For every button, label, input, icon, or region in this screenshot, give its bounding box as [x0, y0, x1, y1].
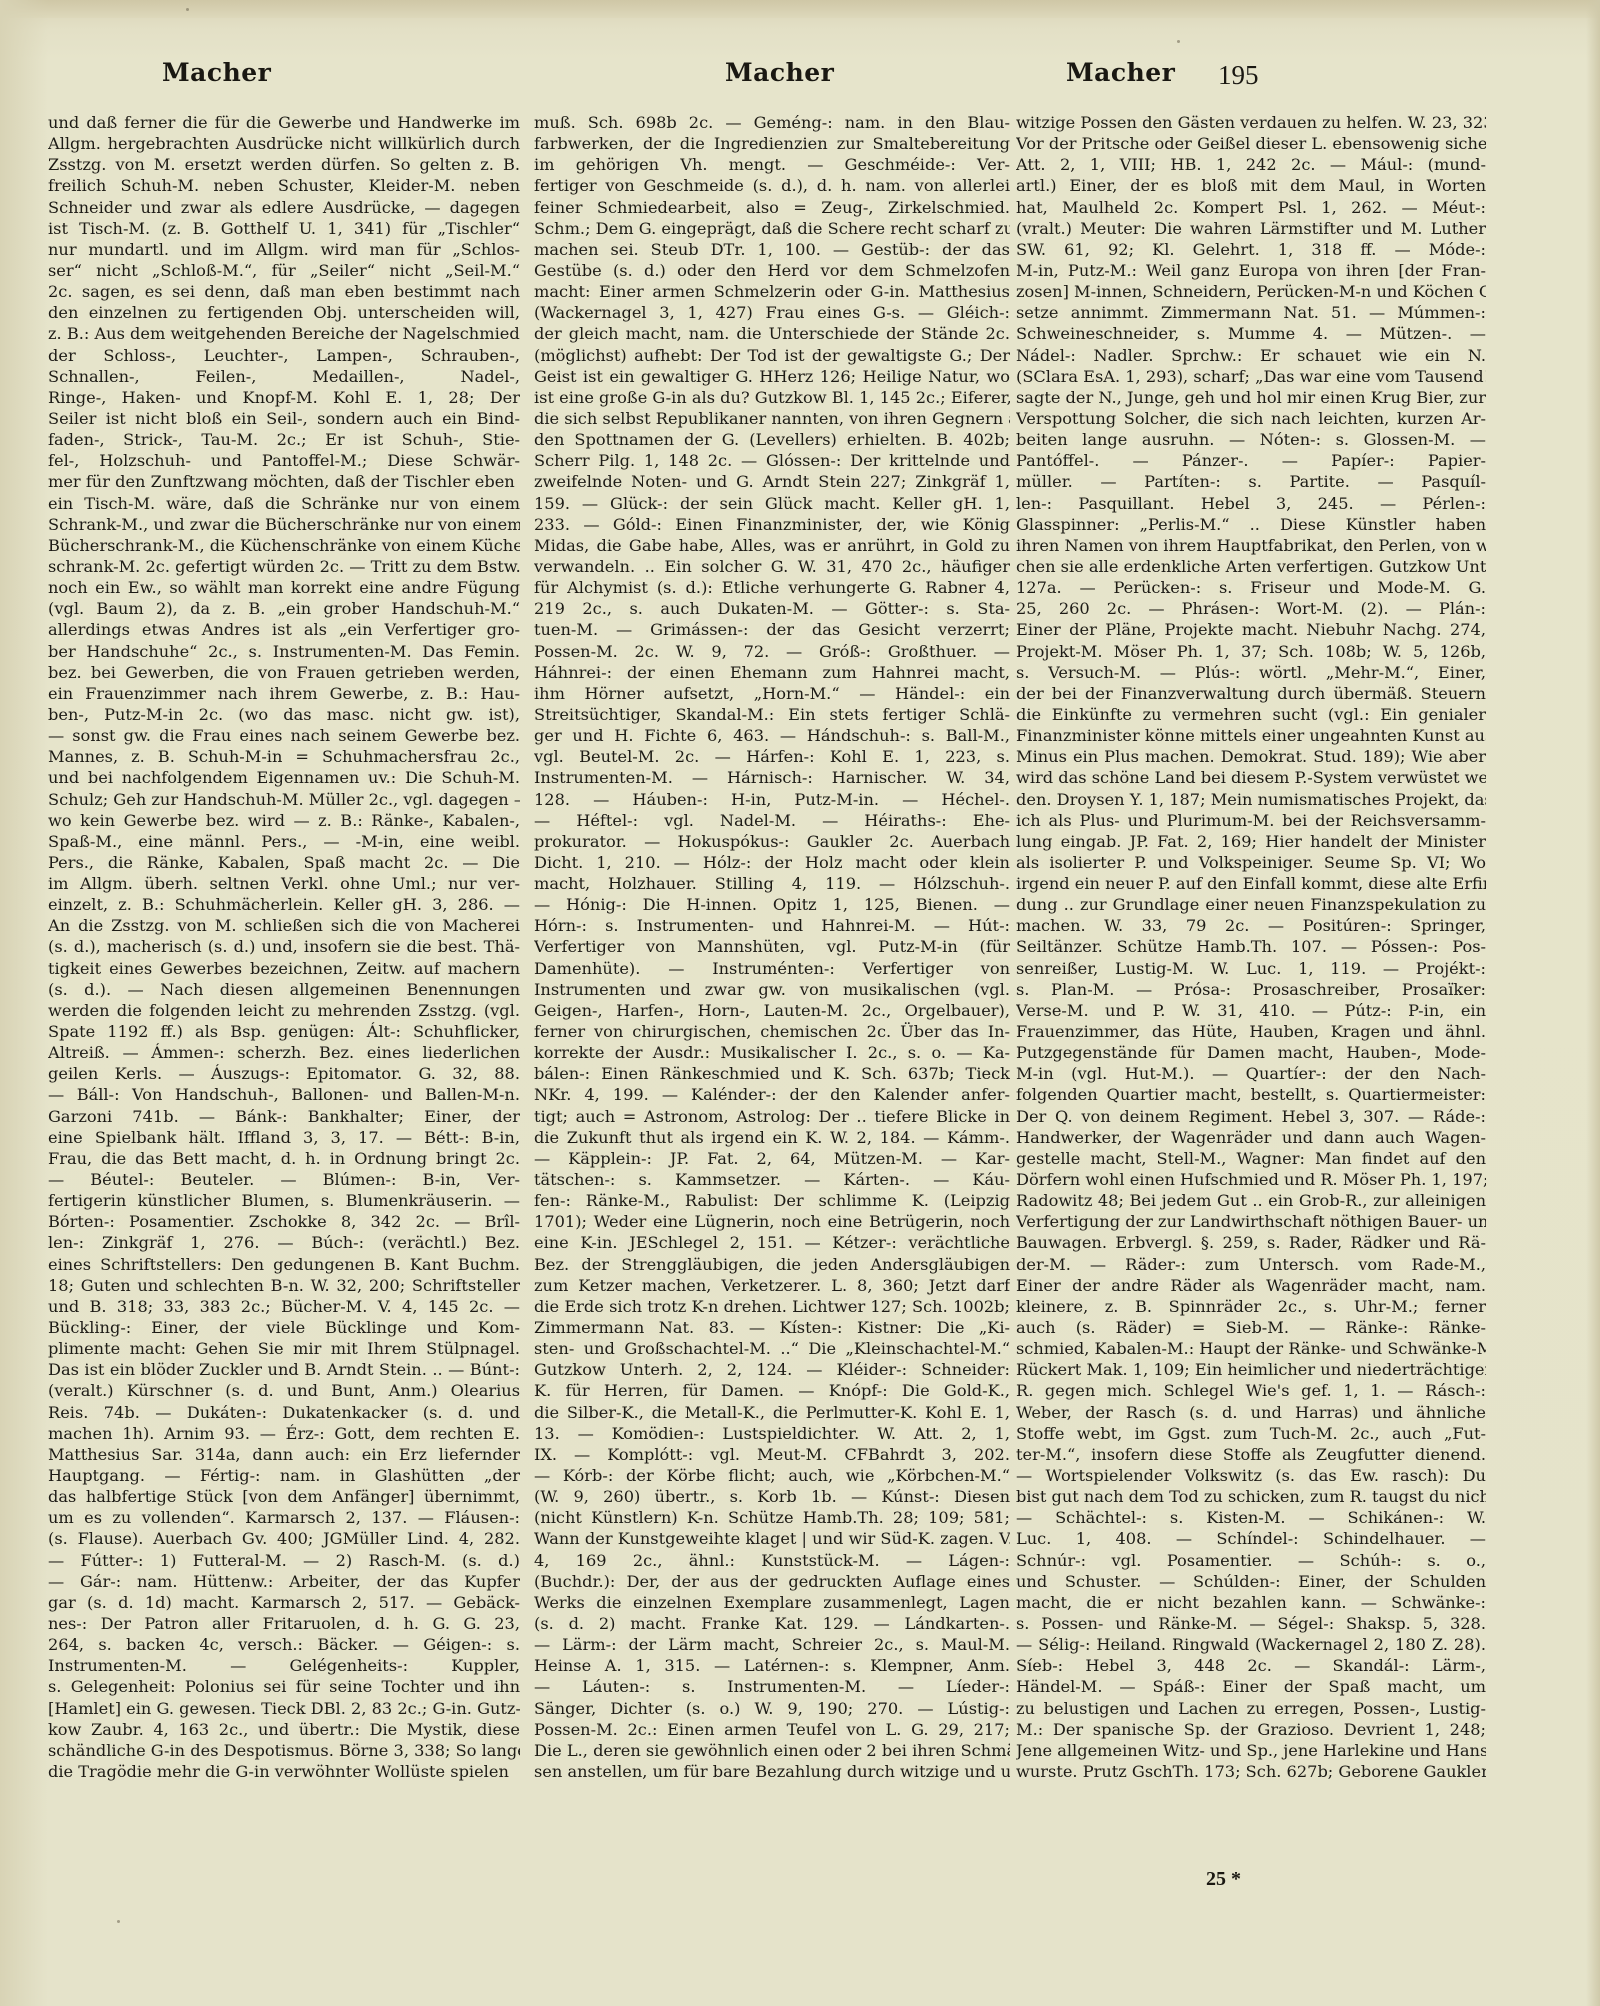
text-line: Hórn-: s. Instrumenten- und Hahnrei-M. —… [534, 915, 1010, 936]
text-line: — Héftel-: vgl. Nadel-M. — Héiraths-: Eh… [534, 810, 1010, 831]
text-line: setze annimmt. Zimmermann Nat. 51. — Múm… [1016, 302, 1486, 323]
text-line: s. Plan-M. — Prósa-: Prosaschreiber, Pro… [1016, 979, 1486, 1000]
text-column-1: und daß ferner die für die Gewerbe und H… [48, 112, 520, 1782]
text-line: die Tragödie mehr die G-in verwöhnter Wo… [48, 1761, 520, 1782]
text-line: 25, 260 2c. — Phrásen-: Wort-M. (2). — P… [1016, 598, 1486, 619]
text-line: schrank-M. 2c. gefertigt würden 2c. — Tr… [48, 556, 520, 577]
text-line: 4, 169 2c., ähnl.: Kunststück-M. — Lágen… [534, 1550, 1010, 1571]
text-line: Gestübe (s. d.) oder den Herd vor dem Sc… [534, 260, 1010, 281]
paper-speck [697, 1748, 700, 1751]
text-line: fel-, Holzschuh- und Pantoffel-M.; Diese… [48, 450, 520, 471]
text-line: Mannes, z. B. Schuh-M-in = Schuhmachersf… [48, 746, 520, 767]
text-line: sagte der N., Junge, geh und hol mir ein… [1016, 387, 1486, 408]
text-line: (möglichst) aufhebt: Der Tod ist der gew… [534, 345, 1010, 366]
text-line: Verspottung Solcher, die sich nach leich… [1016, 408, 1486, 429]
text-line: und bei nachfolgendem Eigennamen uv.: Di… [48, 767, 520, 788]
text-line: NKr. 4, 199. — Kalénder-: der den Kalend… [534, 1084, 1010, 1105]
text-line: 128. — Háuben-: H-in, Putz-M-in. — Héche… [534, 789, 1010, 810]
text-line: im Allgm. überh. seltnen Verkl. ohne Uml… [48, 873, 520, 894]
text-line: ist eine große G-in als du? Gutzkow Bl. … [534, 387, 1010, 408]
text-line: (s. d.). — Nach diesen allgemeinen Benen… [48, 979, 520, 1000]
text-line: s. Gelegenheit: Polonius sei für seine T… [48, 1676, 520, 1697]
text-line: Reis. 74b. — Dukáten-: Dukatenkacker (s.… [48, 1402, 520, 1423]
text-line: s. Possen- und Ränke-M. — Ségel-: Shaksp… [1016, 1613, 1486, 1634]
text-line: muß. Sch. 698b 2c. — Geméng-: nam. in de… [534, 112, 1010, 133]
text-line: macht, die er nicht bezahlen kann. — Sch… [1016, 1592, 1486, 1613]
page-header: Macher Macher Macher 195 [0, 58, 1600, 98]
text-line: 13. — Komödien-: Lustspieldichter. W. At… [534, 1423, 1010, 1444]
text-line: Spaß-M., eine männl. Pers., — -M-in, ein… [48, 831, 520, 852]
text-line: prokurator. — Hokuspókus-: Gaukler 2c. A… [534, 831, 1010, 852]
text-line: (SClara EsA. 1, 293), scharf; „Das war e… [1016, 366, 1486, 387]
text-line: eine K-in. JESchlegel 2, 151. — Kétzer-:… [534, 1232, 1010, 1253]
text-line: Zsstzg. von M. ersetzt werden dürfen. So… [48, 154, 520, 175]
text-line: (Buchdr.): Der, der aus der gedruckten A… [534, 1571, 1010, 1592]
text-line: Luc. 1, 408. — Schíndel-: Schindelhauer.… [1016, 1528, 1486, 1549]
text-line: bist gut nach dem Tod zu schicken, zum R… [1016, 1486, 1486, 1507]
text-line: Schneider und zwar als edlere Ausdrücke,… [48, 197, 520, 218]
text-line: M-in, Putz-M.: Weil ganz Europa von ihre… [1016, 260, 1486, 281]
text-line: 18; Guten und schlechten B-n. W. 32, 200… [48, 1275, 520, 1296]
running-head-right: Macher [1066, 58, 1175, 87]
text-line: — Fútter-: 1) Futteral-M. — 2) Rasch-M. … [48, 1550, 520, 1571]
text-line: Glasspinner: „Perlis-M.“ .. Diese Künstl… [1016, 514, 1486, 535]
text-line: Seiler ist nicht bloß ein Seil-, sondern… [48, 408, 520, 429]
text-line: Frau, die das Bett macht, d. h. in Ordnu… [48, 1148, 520, 1169]
paper-speck [117, 1920, 120, 1923]
text-line: Einer der Pläne, Projekte macht. Niebuhr… [1016, 619, 1486, 640]
page-top-edge [0, 0, 1600, 18]
text-line: eines Schriftstellers: Den gedungenen B.… [48, 1254, 520, 1275]
text-line: ihm Hörner aufsetzt, „Horn-M.“ — Händel-… [534, 683, 1010, 704]
text-line: werden die folgenden leicht zu mehrenden… [48, 1000, 520, 1021]
text-line: Heinse A. 1, 315. — Latérnen-: s. Klempn… [534, 1655, 1010, 1676]
text-line: Rückert Mak. 1, 109; Ein heimlicher und … [1016, 1359, 1486, 1380]
text-line: 219 2c., s. auch Dukaten-M. — Götter-: s… [534, 598, 1010, 619]
text-line: IX. — Komplótt-: vgl. Meut-M. CFBahrdt 3… [534, 1444, 1010, 1465]
text-line: — Sélig-: Heiland. Ringwald (Wackernagel… [1016, 1634, 1486, 1655]
text-line: Radowitz 48; Bei jedem Gut .. ein Grob-R… [1016, 1190, 1486, 1211]
text-line: gestelle macht, Stell-M., Wagner: Man fi… [1016, 1148, 1486, 1169]
paper-speck [186, 8, 189, 11]
text-line: ein Frauenzimmer nach ihrem Gewerbe, z. … [48, 683, 520, 704]
text-line: Vor der Pritsche oder Geißel dieser L. e… [1016, 133, 1486, 154]
text-line: Einer der andre Räder als Wagenräder mac… [1016, 1275, 1486, 1296]
text-line: freilich Schuh-M. neben Schuster, Kleide… [48, 175, 520, 196]
text-line: Händel-M. — Spáß-: Einer der Spaß macht,… [1016, 1676, 1486, 1697]
text-line: Dicht. 1, 210. — Hólz-: der Holz macht o… [534, 852, 1010, 873]
text-line: schmied, Kabalen-M.: Haupt der Ränke- un… [1016, 1338, 1486, 1359]
text-line: ferner von chirurgischen, chemischen 2c.… [534, 1021, 1010, 1042]
text-line: noch ein Ew., so wählt man korrekt eine … [48, 577, 520, 598]
text-line: für Alchymist (s. d.): Etliche verhunger… [534, 577, 1010, 598]
text-line: farbwerken, der die Ingredienzien zur Sm… [534, 133, 1010, 154]
text-line: fertiger von Geschmeide (s. d.), d. h. n… [534, 175, 1010, 196]
text-line: — Käpplein-: JP. Fat. 2, 64, Mützen-M. —… [534, 1148, 1010, 1169]
text-line: Síeb-: Hebel 3, 448 2c. — Skandál-: Lärm… [1016, 1655, 1486, 1676]
text-line: ben-, Putz-M-in 2c. (wo das masc. nicht … [48, 704, 520, 725]
text-line: Ringe-, Haken- und Knopf-M. Kohl E. 1, 2… [48, 387, 520, 408]
text-line: Matthesius Sar. 314a, dann auch: ein Erz… [48, 1444, 520, 1465]
text-line: — Hónig-: Die H-innen. Opitz 1, 125, Bie… [534, 894, 1010, 915]
text-line: feiner Schmiedearbeit, also = Zeug-, Zir… [534, 197, 1010, 218]
text-line: ich als Plus- und Plurimum-M. bei der Re… [1016, 810, 1486, 831]
text-line: auch (s. Räder) = Sieb-M. — Ränke-: Ränk… [1016, 1317, 1486, 1338]
text-line: Garzoni 741b. — Bánk-: Bankhalter; Einer… [48, 1106, 520, 1127]
text-line: ser“ nicht „Schloß-M.“, für „Seiler“ nic… [48, 260, 520, 281]
text-line: — Láuten-: s. Instrumenten-M. — Líeder-: [534, 1676, 1010, 1697]
text-line: 233. — Góld-: Einen Finanzminister, der,… [534, 514, 1010, 535]
text-line: und daß ferner die für die Gewerbe und H… [48, 112, 520, 133]
text-line: irgend ein neuer P. auf den Einfall komm… [1016, 873, 1486, 894]
text-line: zum Ketzer machen, Verketzerer. L. 8, 36… [534, 1275, 1010, 1296]
text-line: s. Versuch-M. — Plús-: wörtl. „Mehr-M.“,… [1016, 662, 1486, 683]
text-line: Possen-M. 2c. W. 9, 72. — Gróß-: Großthu… [534, 641, 1010, 662]
text-line: fen-: Ränke-M., Rabulist: Der schlimme K… [534, 1190, 1010, 1211]
text-line: Das ist ein blöder Zuckler und B. Arndt … [48, 1359, 520, 1380]
text-line: geilen Kerls. — Áuszugs-: Epitomator. G.… [48, 1063, 520, 1084]
text-line: kleinere, z. B. Spinnräder 2c., s. Uhr-M… [1016, 1296, 1486, 1317]
text-line: beiten lange ausruhn. — Nóten-: s. Gloss… [1016, 429, 1486, 450]
text-line: plimente macht: Gehen Sie mir mit Ihrem … [48, 1338, 520, 1359]
text-line: Háhnrei-: der einen Ehemann zum Hahnrei … [534, 662, 1010, 683]
text-line: tigt; auch = Astronom, Astrolog: Der .. … [534, 1106, 1010, 1127]
text-line: Handwerker, der Wagenräder und dann auch… [1016, 1127, 1486, 1148]
text-line: vgl. Beutel-M. 2c. — Hárfen-: Kohl E. 1,… [534, 746, 1010, 767]
text-line: der-M. — Räder-: zum Untersch. vom Rade-… [1016, 1254, 1486, 1275]
text-line: — Kórb-: der Körbe flicht; auch, wie „Kö… [534, 1465, 1010, 1486]
text-line: wo kein Gewerbe bez. wird — z. B.: Ränke… [48, 810, 520, 831]
text-line: Midas, die Gabe habe, Alles, was er anrü… [534, 535, 1010, 556]
text-line: witzige Possen den Gästen verdauen zu he… [1016, 112, 1486, 133]
text-line: die Einkünfte zu vermehren sucht (vgl.: … [1016, 704, 1486, 725]
text-line: ber Handschuhe“ 2c., s. Instrumenten-M. … [48, 641, 520, 662]
text-line: wird das schöne Land bei diesem P.-Syste… [1016, 767, 1486, 788]
text-line: müller. — Partíten-: s. Partite. — Pasqu… [1016, 471, 1486, 492]
text-line: tätschen-: s. Kammsetzer. — Kárten-. — K… [534, 1169, 1010, 1190]
text-line: (s. d.), macherisch (s. d.) und, insofer… [48, 936, 520, 957]
page-number: 195 [1218, 60, 1259, 91]
text-line: (Wackernagel 3, 1, 427) Frau eines G-s. … [534, 302, 1010, 323]
text-line: Weber, der Rasch (s. d. und Harras) und … [1016, 1402, 1486, 1423]
text-line: Scherr Pilg. 1, 148 2c. — Glóssen-: Der … [534, 450, 1010, 471]
running-head-center: Macher [725, 58, 834, 87]
text-line: macht, Holzhauer. Stilling 4, 119. — Hól… [534, 873, 1010, 894]
text-line: ter-M.“, insofern diese Stoffe als Zeugf… [1016, 1444, 1486, 1465]
signature-mark: 25 * [1206, 1868, 1241, 1891]
text-line: den Spottnamen der G. (Levellers) erhiel… [534, 429, 1010, 450]
text-line: allerdings etwas Andres ist als „ein Ver… [48, 619, 520, 640]
text-line: 264, s. backen 4c, versch.: Bäcker. — Gé… [48, 1634, 520, 1655]
text-line: korrekte der Ausdr.: Musikalischer I. 2c… [534, 1042, 1010, 1063]
text-line: Bez. der Strenggläubigen, die jeden Ande… [534, 1254, 1010, 1275]
text-line: (W. 9, 260) übertr., s. Korb 1b. — Kúnst… [534, 1486, 1010, 1507]
text-column-2: muß. Sch. 698b 2c. — Geméng-: nam. in de… [534, 112, 1010, 1782]
text-line: Zimmermann Nat. 83. — Kísten-: Kistner: … [534, 1317, 1010, 1338]
text-line: (s. d. 2) macht. Franke Kat. 129. — Lánd… [534, 1613, 1010, 1634]
dictionary-page: Macher Macher Macher 195 und daß ferner … [0, 0, 1600, 2006]
text-line: im gehörigen Vh. mengt. — Geschméide-: V… [534, 154, 1010, 175]
text-line: Wann der Kunstgeweihte klaget | und wir … [534, 1528, 1010, 1549]
text-line: Schweineschneider, s. Mumme 4. — Mützen-… [1016, 323, 1486, 344]
text-line: das halbfertige Stück [von dem Anfänger]… [48, 1486, 520, 1507]
text-line: Bücherschrank-M., die Küchenschränke von… [48, 535, 520, 556]
text-line: [Hamlet] ein G. gewesen. Tieck DBl. 2, 8… [48, 1698, 520, 1719]
text-line: verwandeln. .. Ein solcher G. W. 31, 470… [534, 556, 1010, 577]
text-line: machen sei. Steub DTr. 1, 100. — Gestüb-… [534, 239, 1010, 260]
text-line: eine Spielbank hält. Iffland 3, 3, 17. —… [48, 1127, 520, 1148]
text-line: zweifelnde Noten- und G. Arndt Stein 227… [534, 471, 1010, 492]
text-line: tigkeit eines Gewerbes bezeichnen, Zeitw… [48, 958, 520, 979]
text-line: der gleich macht, nam. die Unterschiede … [534, 323, 1010, 344]
text-line: Dörfern wohl einen Hufschmied und R. Mös… [1016, 1169, 1486, 1190]
text-line: den einzelnen zu fertigenden Obj. unters… [48, 302, 520, 323]
text-line: Damenhüte). — Instruménten-: Verfertiger… [534, 958, 1010, 979]
text-line: Verfertiger von Mannshüten, vgl. Putz-M-… [534, 936, 1010, 957]
text-line: dung .. zur Grundlage einer neuen Finanz… [1016, 894, 1486, 915]
text-line: der bei der Finanzverwaltung durch überm… [1016, 683, 1486, 704]
text-line: — Wortspielender Volkswitz (s. das Ew. r… [1016, 1465, 1486, 1486]
text-line: 159. — Glück-: der sein Glück macht. Kel… [534, 493, 1010, 514]
text-line: Die L., deren sie gewöhnlich einen oder … [534, 1740, 1010, 1761]
text-line: (vgl. Baum 2), da z. B. „ein grober Hand… [48, 598, 520, 619]
text-line: Schnallen-, Feilen-, Medaillen-, Nadel-, [48, 366, 520, 387]
text-line: Schnúr-: vgl. Posamentier. — Schúh-: s. … [1016, 1550, 1486, 1571]
text-line: hat, Maulheld 2c. Kompert Psl. 1, 262. —… [1016, 197, 1486, 218]
text-line: Verfertigung der zur Landwirthschaft nöt… [1016, 1211, 1486, 1232]
text-line: die Erde sich trotz K-n drehen. Lichtwer… [534, 1296, 1010, 1317]
text-line: Instrumenten und zwar gw. von musikalisc… [534, 979, 1010, 1000]
text-line: R. gegen mich. Schlegel Wie's gef. 1, 1.… [1016, 1380, 1486, 1401]
text-line: Schrank-M., und zwar die Bücherschränke … [48, 514, 520, 535]
text-line: die sich selbst Republikaner nannten, vo… [534, 408, 1010, 429]
text-line: Bückling-: Einer, der viele Bücklinge un… [48, 1317, 520, 1338]
text-line: Der Q. von deinem Regiment. Hebel 3, 307… [1016, 1106, 1486, 1127]
text-line: Att. 2, 1, VIII; HB. 1, 242 2c. — Mául-:… [1016, 154, 1486, 175]
text-line: — sonst gw. die Frau eines nach seinem G… [48, 725, 520, 746]
text-line: 2c. sagen, es sei denn, daß man eben bes… [48, 281, 520, 302]
text-line: artl.) Einer, der es bloß mit dem Maul, … [1016, 175, 1486, 196]
text-line: (nicht Künstlern) K-n. Schütze Hamb.Th. … [534, 1507, 1010, 1528]
text-line: len-: Pasquillant. Hebel 3, 245. — Pérle… [1016, 493, 1486, 514]
text-line: Geist ist ein gewaltiger G. HHerz 126; H… [534, 366, 1010, 387]
text-line: machen 1h). Arnim 93. — Érz-: Gott, dem … [48, 1423, 520, 1444]
text-line: zu belustigen und Lachen zu erregen, Pos… [1016, 1698, 1486, 1719]
text-line: Putzgegenstände für Damen macht, Hauben-… [1016, 1042, 1486, 1063]
text-line: Instrumenten-M. — Gelégenheits-: Kuppler… [48, 1655, 520, 1676]
text-line: (vralt.) Meuter: Die wahren Lärmstifter … [1016, 218, 1486, 239]
text-line: M-in (vgl. Hut-M.). — Quartíer-: der den… [1016, 1063, 1486, 1084]
text-line: — Schächtel-: s. Kisten-M. — Schikánen-:… [1016, 1507, 1486, 1528]
text-line: 127a. — Perücken-: s. Friseur und Mode-M… [1016, 577, 1486, 598]
text-line: Verse-M. und P. W. 31, 410. — Pútz-: P-i… [1016, 1000, 1486, 1021]
text-line: nur mundartl. und im Allgm. wird man für… [48, 239, 520, 260]
text-line: Pantóffel-. — Pánzer-. — Papíer-: Papier… [1016, 450, 1486, 471]
text-line: An die Zsstzg. von M. schließen sich die… [48, 915, 520, 936]
text-line: — Béutel-: Beuteler. — Blúmen-: B-in, Ve… [48, 1169, 520, 1190]
text-line: die Zukunft thut als irgend ein K. W. 2,… [534, 1127, 1010, 1148]
text-line: sen anstellen, um für bare Bezahlung dur… [534, 1761, 1010, 1782]
text-line: Stoffe webt, im Ggst. zum Tuch-M. 2c., a… [1016, 1423, 1486, 1444]
text-line: Geigen-, Harfen-, Horn-, Lauten-M. 2c., … [534, 1000, 1010, 1021]
text-line: der Schloss-, Leuchter-, Lampen-, Schrau… [48, 345, 520, 366]
running-head-left: Macher [162, 58, 271, 87]
text-line: Allgm. hergebrachten Ausdrücke nicht wil… [48, 133, 520, 154]
text-line: K. für Herren, für Damen. — Knópf-: Die … [534, 1380, 1010, 1401]
text-line: bálen-: Einen Ränkeschmied und K. Sch. 6… [534, 1063, 1010, 1084]
text-line: ist Tisch-M. (z. B. Gotthelf U. 1, 341) … [48, 218, 520, 239]
text-line: (s. Flause). Auerbach Gv. 400; JGMüller … [48, 1528, 520, 1549]
text-line: Schulz; Geh zur Handschuh-M. Müller 2c.,… [48, 789, 520, 810]
text-line: Werks die einzelnen Exemplare zusammenle… [534, 1592, 1010, 1613]
text-line: faden-, Strick-, Tau-M. 2c.; Er ist Schu… [48, 429, 520, 450]
text-line: Frauenzimmer, das Hüte, Hauben, Kragen u… [1016, 1021, 1486, 1042]
text-line: Jene allgemeinen Witz- und Sp., jene Har… [1016, 1740, 1486, 1761]
text-line: — Gár-: nam. Hüttenw.: Arbeiter, der das… [48, 1571, 520, 1592]
text-line: Hauptgang. — Fértig-: nam. in Glashütten… [48, 1465, 520, 1486]
text-line: den. Droysen Y. 1, 187; Mein numismatisc… [1016, 789, 1486, 810]
text-line: Instrumenten-M. — Hárnisch-: Harnischer.… [534, 767, 1010, 788]
text-line: um es zu vollenden“. Karmarsch 2, 137. —… [48, 1507, 520, 1528]
text-line: — Báll-: Von Handschuh-, Ballonen- und B… [48, 1084, 520, 1105]
text-line: nes-: Der Patron aller Fritaruolen, d. h… [48, 1613, 520, 1634]
text-line: lung eingab. JP. Fat. 2, 169; Hier hande… [1016, 831, 1486, 852]
text-line: Minus ein Plus machen. Demokrat. Stud. 1… [1016, 746, 1486, 767]
text-line: Gutzkow Unterh. 2, 2, 124. — Kléider-: S… [534, 1359, 1010, 1380]
text-line: fertigerin künstlicher Blumen, s. Blumen… [48, 1190, 520, 1211]
text-line: einzelt, z. B.: Schuhmächerlein. Keller … [48, 894, 520, 915]
text-line: M.: Der spanische Sp. der Grazioso. Devr… [1016, 1719, 1486, 1740]
text-line: Seiltänzer. Schütze Hamb.Th. 107. — Póss… [1016, 936, 1486, 957]
text-line: SW. 61, 92; Kl. Gelehrt. 1, 318 ff. — Mó… [1016, 239, 1486, 260]
paper-speck [1177, 40, 1180, 43]
text-line: Bauwagen. Erbvergl. §. 259, s. Rader, Rä… [1016, 1232, 1486, 1253]
text-line: Nádel-: Nadler. Sprchw.: Er schauet wie … [1016, 345, 1486, 366]
page-right-edge [1586, 0, 1600, 2006]
text-line: Spate 1192 ff.) als Bsp. genügen: Ált-: … [48, 1021, 520, 1042]
text-line: zosen] M-innen, Schneidern, Perücken-M-n… [1016, 281, 1486, 302]
text-line: macht: Einer armen Schmelzerin oder G-in… [534, 281, 1010, 302]
text-line: Bórten-: Posamentier. Zschokke 8, 342 2c… [48, 1211, 520, 1232]
text-line: schändliche G-in des Despotismus. Börne … [48, 1740, 520, 1761]
text-line: bez. bei Gewerben, die von Frauen getrie… [48, 662, 520, 683]
text-line: mer für den Zunftzwang möchten, daß der … [48, 471, 520, 492]
text-line: und B. 318; 33, 383 2c.; Bücher-M. V. 4,… [48, 1296, 520, 1317]
text-line: — Lärm-: der Lärm macht, Schreier 2c., s… [534, 1634, 1010, 1655]
text-line: Streitsüchtiger, Skandal-M.: Ein stets f… [534, 704, 1010, 725]
text-column-3: witzige Possen den Gästen verdauen zu he… [1016, 112, 1486, 1782]
text-line: tuen-M. — Grimássen-: der das Gesicht ve… [534, 619, 1010, 640]
text-line: und Schuster. — Schúlden-: Einer, der Sc… [1016, 1571, 1486, 1592]
text-line: senreißer, Lustig-M. W. Luc. 1, 119. — P… [1016, 958, 1486, 979]
text-line: ger und H. Fichte 6, 463. — Hándschuh-: … [534, 725, 1010, 746]
text-line: (veralt.) Kürschner (s. d. und Bunt, Anm… [48, 1380, 520, 1401]
text-line: Pers., die Ränke, Kabalen, Spaß macht 2c… [48, 852, 520, 873]
page-gutter-shadow [0, 0, 48, 2006]
text-line: ein Tisch-M. wäre, daß die Schränke nur … [48, 493, 520, 514]
text-line: sten- und Großschachtel-M. ..“ Die „Klei… [534, 1338, 1010, 1359]
text-line: chen sie alle erdenkliche Arten verferti… [1016, 556, 1486, 577]
text-line: kow Zaubr. 4, 163 2c., und übertr.: Die … [48, 1719, 520, 1740]
text-line: folgenden Quartier macht, bestellt, s. Q… [1016, 1084, 1486, 1105]
text-line: wurste. Prutz GschTh. 173; Sch. 627b; Ge… [1016, 1761, 1486, 1782]
text-line: die Silber-K., die Metall-K., die Perlmu… [534, 1402, 1010, 1423]
text-line: Projekt-M. Möser Ph. 1, 37; Sch. 108b; W… [1016, 641, 1486, 662]
text-line: Schm.; Dem G. eingeprägt, daß die Schere… [534, 218, 1010, 239]
text-line: als isolierter P. und Volkspeiniger. Seu… [1016, 852, 1486, 873]
text-line: machen. W. 33, 79 2c. — Positúren-: Spri… [1016, 915, 1486, 936]
text-line: Possen-M. 2c.: Einen armen Teufel von L.… [534, 1719, 1010, 1740]
text-line: Altreiß. — Ámmen-: scherzh. Bez. eines l… [48, 1042, 520, 1063]
text-line: 1701); Weder eine Lügnerin, noch eine Be… [534, 1211, 1010, 1232]
text-line: gar (s. d. 1d) macht. Karmarsch 2, 517. … [48, 1592, 520, 1613]
text-line: len-: Zinkgräf 1, 276. — Búch-: (verächt… [48, 1232, 520, 1253]
text-line: Finanzminister könne mittels einer ungea… [1016, 725, 1486, 746]
text-line: Sänger, Dichter (s. o.) W. 9, 190; 270. … [534, 1698, 1010, 1719]
text-line: z. B.: Aus dem weitgehenden Bereiche der… [48, 323, 520, 344]
text-line: ihren Namen von ihrem Hauptfabrikat, den… [1016, 535, 1486, 556]
